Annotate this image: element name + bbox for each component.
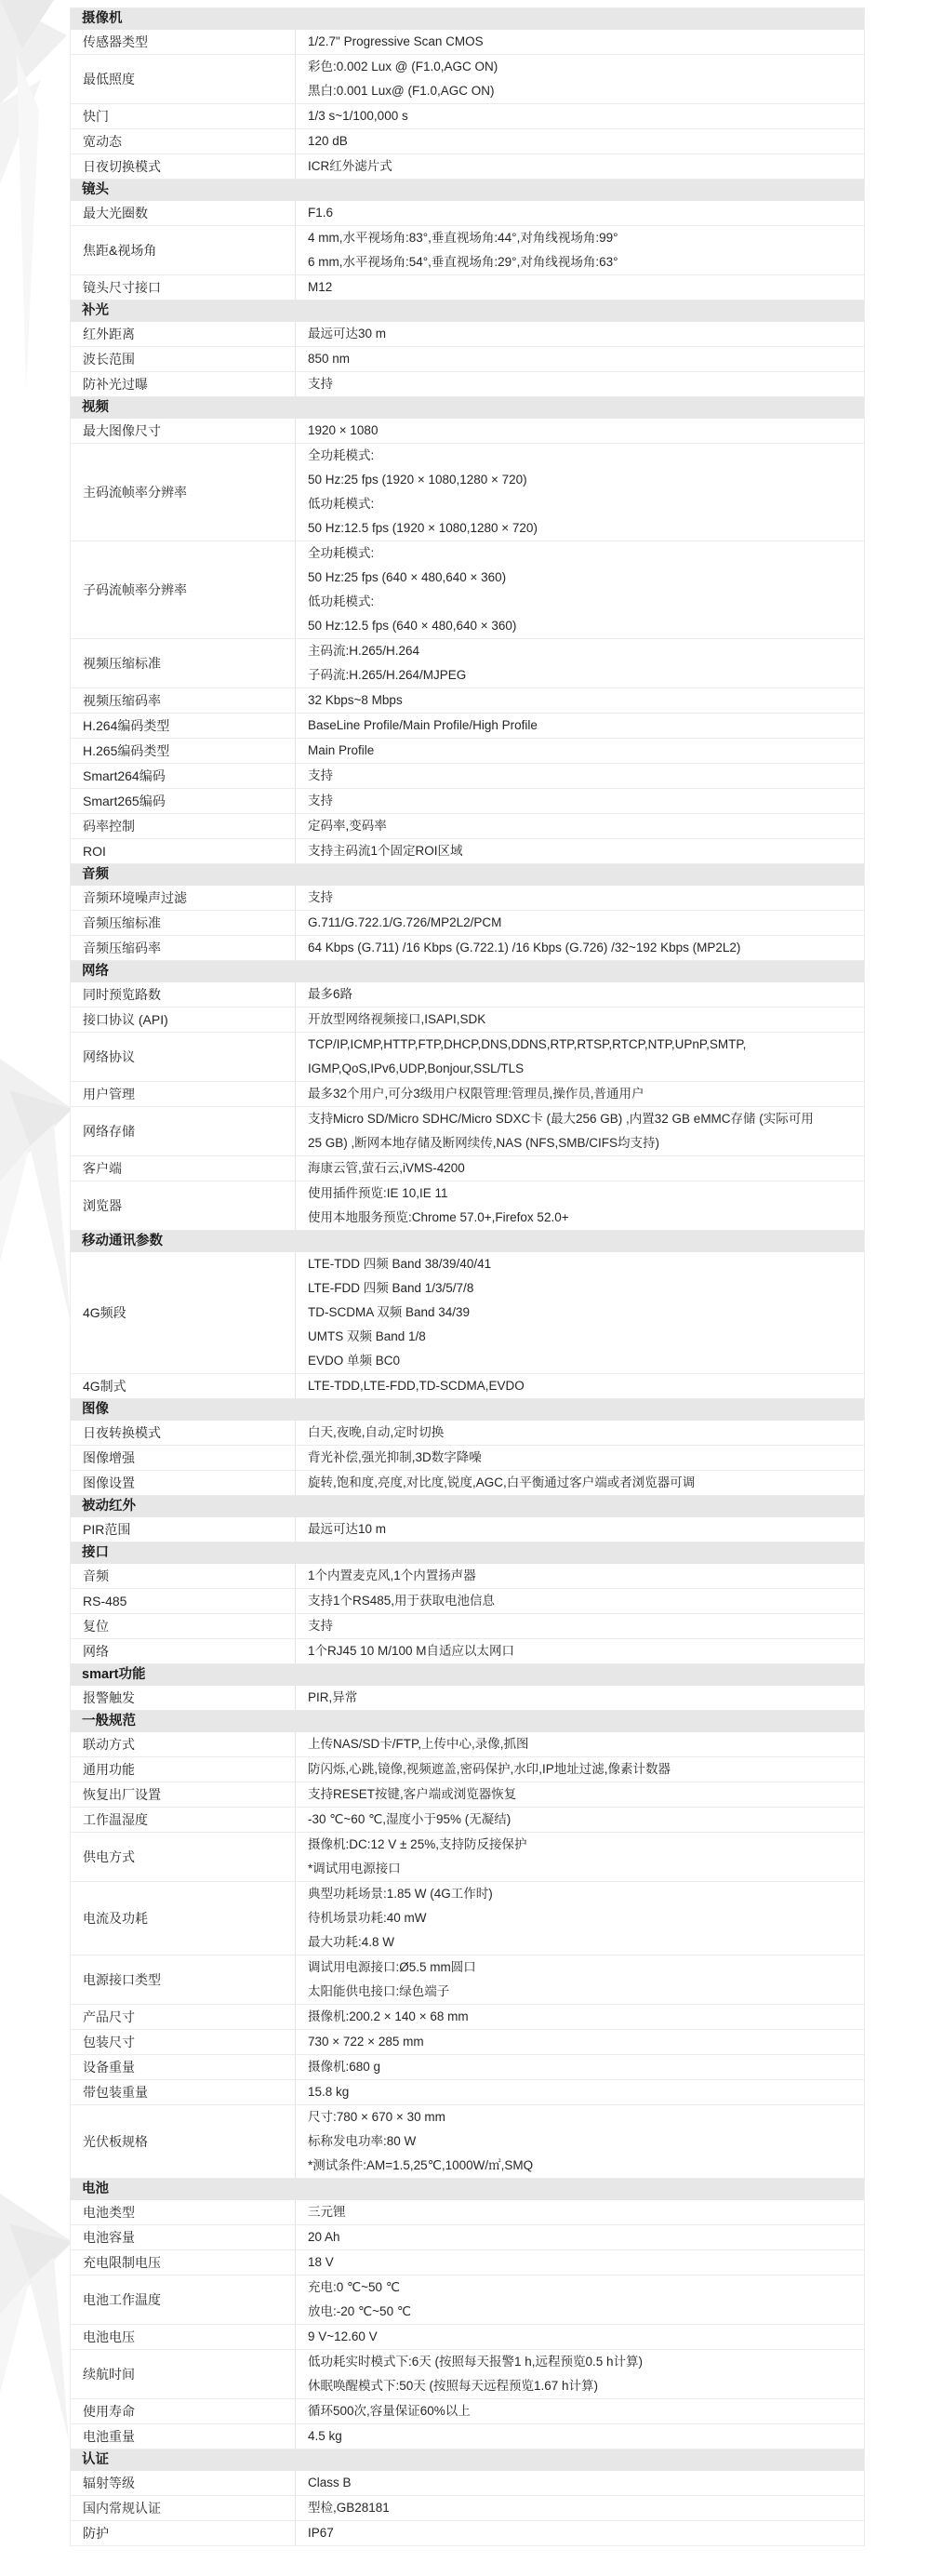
spec-value: 型检,GB28181 — [296, 2496, 864, 2520]
spec-value-line: *测试条件:AM=1.5,25℃,1000W/㎡,SMQ — [308, 2154, 852, 2178]
spec-row: 充电限制电压18 V — [71, 2250, 864, 2276]
spec-value-line: 调试用电源接口:Ø5.5 mm圆口 — [308, 1955, 852, 1980]
spec-value: 最远可达10 m — [296, 1517, 864, 1542]
spec-label: 产品尺寸 — [71, 2005, 296, 2029]
spec-label: 波长范围 — [71, 347, 296, 371]
spec-value-line: 最大功耗:4.8 W — [308, 1930, 852, 1955]
spec-label: 光伏板规格 — [71, 2105, 296, 2178]
spec-row: 码率控制定码率,变码率 — [71, 814, 864, 839]
spec-row: 辐射等级Class B — [71, 2471, 864, 2496]
spec-label: 复位 — [71, 1614, 296, 1638]
spec-value: 32 Kbps~8 Mbps — [296, 688, 864, 713]
spec-label: Smart265编码 — [71, 789, 296, 813]
spec-value: 20 Ah — [296, 2225, 864, 2249]
spec-value: 白天,夜晚,自动,定时切换 — [296, 1421, 864, 1445]
spec-value: Main Profile — [296, 739, 864, 763]
spec-sheet-page: { "page": { "background_color": "#ffffff… — [0, 0, 930, 2576]
spec-row: 红外距离最远可达30 m — [71, 322, 864, 347]
spec-label: 图像设置 — [71, 1471, 296, 1495]
spec-value-line: 型检,GB28181 — [308, 2496, 852, 2520]
spec-label: 电池重量 — [71, 2424, 296, 2449]
spec-value: M12 — [296, 275, 864, 300]
spec-value-line: 最远可达30 m — [308, 322, 852, 346]
spec-value: 1/3 s~1/100,000 s — [296, 104, 864, 128]
spec-value: LTE-TDD,LTE-FDD,TD-SCDMA,EVDO — [296, 1374, 864, 1398]
spec-label: 电池容量 — [71, 2225, 296, 2249]
spec-value-line: TCP/IP,ICMP,HTTP,FTP,DHCP,DNS,DDNS,RTP,R… — [308, 1033, 852, 1057]
spec-value-line: IP67 — [308, 2521, 852, 2545]
spec-label: 客户端 — [71, 1156, 296, 1181]
section-header: 摄像机 — [71, 8, 864, 30]
spec-value-line: 低功耗实时模式下:6天 (按照每天报警1 h,远程预览0.5 h计算) — [308, 2350, 852, 2374]
spec-value: 850 nm — [296, 347, 864, 371]
spec-label: 音频压缩标准 — [71, 911, 296, 935]
spec-value-line: BaseLine Profile/Main Profile/High Profi… — [308, 714, 852, 738]
spec-value: 充电:0 ℃~50 ℃放电:-20 ℃~50 ℃ — [296, 2276, 864, 2324]
spec-row: 宽动态120 dB — [71, 129, 864, 154]
spec-label: 防补光过曝 — [71, 372, 296, 396]
watermark-facet-bottom-icon — [0, 2188, 74, 2449]
spec-value-line: 50 Hz:25 fps (1920 × 1080,1280 × 720) — [308, 468, 852, 492]
spec-row: 恢复出厂设置支持RESET按键,客户端或浏览器恢复 — [71, 1782, 864, 1808]
spec-label: 音频压缩码率 — [71, 936, 296, 960]
spec-label: 国内常规认证 — [71, 2496, 296, 2520]
spec-row: 音频1个内置麦克风,1个内置扬声器 — [71, 1564, 864, 1589]
spec-label: 电池类型 — [71, 2200, 296, 2224]
spec-label: 4G频段 — [71, 1252, 296, 1373]
spec-value: 循环500次,容量保证60%以上 — [296, 2399, 864, 2423]
spec-value-line: 6 mm,水平视场角:54°,垂直视场角:29°,对角线视场角:63° — [308, 250, 852, 274]
spec-label: 焦距&视场角 — [71, 226, 296, 274]
spec-value-line: LTE-TDD,LTE-FDD,TD-SCDMA,EVDO — [308, 1374, 852, 1398]
spec-row: 音频压缩码率64 Kbps (G.711) /16 Kbps (G.722.1)… — [71, 936, 864, 961]
section-header: 被动红外 — [71, 1496, 864, 1517]
spec-value: 使用插件预览:IE 10,IE 11使用本地服务预览:Chrome 57.0+,… — [296, 1181, 864, 1230]
spec-value: 背光补偿,强光抑制,3D数字降噪 — [296, 1446, 864, 1470]
spec-row: 复位支持 — [71, 1614, 864, 1639]
spec-value: 定码率,变码率 — [296, 814, 864, 838]
spec-label: ROI — [71, 839, 296, 863]
spec-value-line: 支持RESET按键,客户端或浏览器恢复 — [308, 1782, 852, 1807]
spec-value: 支持Micro SD/Micro SDHC/Micro SDXC卡 (最大256… — [296, 1107, 864, 1155]
spec-row: 日夜切换模式ICR红外滤片式 — [71, 154, 864, 180]
spec-value-line: 支持 — [308, 789, 852, 813]
spec-row: Smart265编码支持 — [71, 789, 864, 814]
spec-row: 包装尺寸730 × 722 × 285 mm — [71, 2030, 864, 2055]
spec-value: PIR,异常 — [296, 1686, 864, 1710]
spec-row: 用户管理最多32个用户,可分3级用户权限管理:管理员,操作员,普通用户 — [71, 1082, 864, 1107]
spec-row: 子码流帧率分辨率全功耗模式:50 Hz:25 fps (640 × 480,64… — [71, 541, 864, 639]
spec-row: 电流及功耗典型功耗场景:1.85 W (4G工作时)待机场景功耗:40 mW最大… — [71, 1882, 864, 1955]
spec-row: 图像增强背光补偿,强光抑制,3D数字降噪 — [71, 1446, 864, 1471]
spec-value-line: 尺寸:780 × 670 × 30 mm — [308, 2105, 852, 2129]
spec-value-line: 低功耗模式: — [308, 492, 852, 516]
spec-value-line: LTE-TDD 四频 Band 38/39/40/41 — [308, 1252, 852, 1276]
spec-value: 15.8 kg — [296, 2080, 864, 2104]
spec-value-line: PIR,异常 — [308, 1686, 852, 1710]
spec-value: 彩色:0.002 Lux @ (F1.0,AGC ON)黑白:0.001 Lux… — [296, 55, 864, 103]
watermark-facet-top-icon — [0, 0, 74, 400]
spec-label: 接口协议 (API) — [71, 1008, 296, 1032]
spec-value-line: 730 × 722 × 285 mm — [308, 2030, 852, 2054]
spec-row: 电池容量20 Ah — [71, 2225, 864, 2250]
spec-value: 低功耗实时模式下:6天 (按照每天报警1 h,远程预览0.5 h计算)休眠唤醒模… — [296, 2350, 864, 2398]
spec-label: 视频压缩码率 — [71, 688, 296, 713]
section-header: 一般规范 — [71, 1711, 864, 1732]
spec-row: 设备重量摄像机:680 g — [71, 2055, 864, 2080]
spec-value-line: G.711/G.722.1/G.726/MP2L2/PCM — [308, 911, 852, 935]
spec-value-line: 旋转,饱和度,亮度,对比度,锐度,AGC,白平衡通过客户端或者浏览器可调 — [308, 1471, 852, 1495]
section-header: 视频 — [71, 397, 864, 419]
spec-label: 联动方式 — [71, 1732, 296, 1756]
spec-row: 传感器类型1/2.7" Progressive Scan CMOS — [71, 30, 864, 55]
spec-row: 接口协议 (API)开放型网络视频接口,ISAPI,SDK — [71, 1008, 864, 1033]
spec-value: 开放型网络视频接口,ISAPI,SDK — [296, 1008, 864, 1032]
spec-row: RS-485支持1个RS485,用于获取电池信息 — [71, 1589, 864, 1614]
spec-label: 通用功能 — [71, 1757, 296, 1782]
spec-row: 带包装重量15.8 kg — [71, 2080, 864, 2105]
spec-label: 图像增强 — [71, 1446, 296, 1470]
spec-value: 调试用电源接口:Ø5.5 mm圆口太阳能供电接口:绿色端子 — [296, 1955, 864, 2004]
section-header: 镜头 — [71, 180, 864, 201]
spec-value: 上传NAS/SD卡/FTP,上传中心,录像,抓图 — [296, 1732, 864, 1756]
spec-value-line: 支持 — [308, 764, 852, 788]
spec-value-line: *调试用电源接口 — [308, 1857, 852, 1881]
spec-value: 摄像机:200.2 × 140 × 68 mm — [296, 2005, 864, 2029]
spec-value: 1个内置麦克风,1个内置扬声器 — [296, 1564, 864, 1588]
spec-row: 音频环境噪声过滤支持 — [71, 886, 864, 911]
spec-value-line: 全功耗模式: — [308, 444, 852, 468]
spec-label: 网络 — [71, 1639, 296, 1663]
spec-label: 带包装重量 — [71, 2080, 296, 2104]
spec-value: TCP/IP,ICMP,HTTP,FTP,DHCP,DNS,DDNS,RTP,R… — [296, 1033, 864, 1081]
spec-value-line: 典型功耗场景:1.85 W (4G工作时) — [308, 1882, 852, 1906]
spec-value: 支持 — [296, 886, 864, 910]
spec-row: 工作温湿度-30 ℃~60 ℃,湿度小于95% (无凝结) — [71, 1808, 864, 1833]
spec-value: IP67 — [296, 2521, 864, 2545]
spec-value: 海康云管,萤石云,iVMS-4200 — [296, 1156, 864, 1181]
spec-value-line: 50 Hz:12.5 fps (1920 × 1080,1280 × 720) — [308, 516, 852, 541]
spec-value-line: 全功耗模式: — [308, 541, 852, 566]
spec-label: 工作温湿度 — [71, 1808, 296, 1832]
spec-label: 续航时间 — [71, 2350, 296, 2398]
section-header: 接口 — [71, 1542, 864, 1564]
spec-value: 摄像机:DC:12 V ± 25%,支持防反接保护*调试用电源接口 — [296, 1833, 864, 1881]
spec-value-line: 支持Micro SD/Micro SDHC/Micro SDXC卡 (最大256… — [308, 1107, 852, 1131]
spec-value-line: 三元锂 — [308, 2200, 852, 2224]
spec-value: 最多32个用户,可分3级用户权限管理:管理员,操作员,普通用户 — [296, 1082, 864, 1106]
spec-label: 电池工作温度 — [71, 2276, 296, 2324]
spec-value-line: TD-SCDMA 双频 Band 34/39 — [308, 1301, 852, 1325]
spec-label: 浏览器 — [71, 1181, 296, 1230]
spec-value: 摄像机:680 g — [296, 2055, 864, 2079]
spec-row: 镜头尺寸接口M12 — [71, 275, 864, 300]
spec-label: 使用寿命 — [71, 2399, 296, 2423]
spec-row: 光伏板规格尺寸:780 × 670 × 30 mm标称发电功率:80 W*测试条… — [71, 2105, 864, 2179]
spec-value: 支持主码流1个固定ROI区域 — [296, 839, 864, 863]
spec-value-line: 放电:-20 ℃~50 ℃ — [308, 2300, 852, 2324]
section-header: 补光 — [71, 300, 864, 322]
spec-value-line: F1.6 — [308, 201, 852, 225]
spec-value-line: 50 Hz:25 fps (640 × 480,640 × 360) — [308, 566, 852, 590]
spec-value-line: 太阳能供电接口:绿色端子 — [308, 1980, 852, 2004]
spec-row: 通用功能防闪烁,心跳,镜像,视频遮盖,密码保护,水印,IP地址过滤,像素计数器 — [71, 1757, 864, 1782]
spec-row: 使用寿命循环500次,容量保证60%以上 — [71, 2399, 864, 2424]
spec-row: 最大图像尺寸1920 × 1080 — [71, 419, 864, 444]
spec-row: 同时预览路数最多6路 — [71, 982, 864, 1008]
spec-row: 电池重量4.5 kg — [71, 2424, 864, 2449]
spec-value: 典型功耗场景:1.85 W (4G工作时)待机场景功耗:40 mW最大功耗:4.… — [296, 1882, 864, 1955]
spec-value: 防闪烁,心跳,镜像,视频遮盖,密码保护,水印,IP地址过滤,像素计数器 — [296, 1757, 864, 1782]
spec-value-line: ICR红外滤片式 — [308, 154, 852, 179]
spec-value-line: 开放型网络视频接口,ISAPI,SDK — [308, 1008, 852, 1032]
spec-value-line: 摄像机:200.2 × 140 × 68 mm — [308, 2005, 852, 2029]
spec-row: 续航时间低功耗实时模式下:6天 (按照每天报警1 h,远程预览0.5 h计算)休… — [71, 2350, 864, 2399]
spec-value: F1.6 — [296, 201, 864, 225]
spec-value-line: 低功耗模式: — [308, 590, 852, 614]
spec-row: 4G制式LTE-TDD,LTE-FDD,TD-SCDMA,EVDO — [71, 1374, 864, 1399]
spec-row: 网络协议TCP/IP,ICMP,HTTP,FTP,DHCP,DNS,DDNS,R… — [71, 1033, 864, 1082]
spec-value-line: 海康云管,萤石云,iVMS-4200 — [308, 1156, 852, 1181]
spec-value-line: 50 Hz:12.5 fps (640 × 480,640 × 360) — [308, 614, 852, 638]
spec-label: 电池电压 — [71, 2325, 296, 2349]
spec-value-line: 最远可达10 m — [308, 1517, 852, 1542]
spec-value-line: 850 nm — [308, 347, 852, 371]
spec-label: 子码流帧率分辨率 — [71, 541, 296, 638]
spec-label: 电源接口类型 — [71, 1955, 296, 2004]
spec-value-line: 定码率,变码率 — [308, 814, 852, 838]
spec-label: 供电方式 — [71, 1833, 296, 1881]
spec-label: 宽动态 — [71, 129, 296, 153]
spec-label: PIR范围 — [71, 1517, 296, 1542]
spec-label: H.265编码类型 — [71, 739, 296, 763]
spec-label: 网络协议 — [71, 1033, 296, 1081]
spec-label: 电流及功耗 — [71, 1882, 296, 1955]
spec-value: 支持RESET按键,客户端或浏览器恢复 — [296, 1782, 864, 1807]
spec-label: 4G制式 — [71, 1374, 296, 1398]
spec-value-line: 白天,夜晚,自动,定时切换 — [308, 1421, 852, 1445]
spec-label: 码率控制 — [71, 814, 296, 838]
spec-value: G.711/G.722.1/G.726/MP2L2/PCM — [296, 911, 864, 935]
spec-value: 1个RJ45 10 M/100 M自适应以太网口 — [296, 1639, 864, 1663]
spec-value: 全功耗模式:50 Hz:25 fps (640 × 480,640 × 360)… — [296, 541, 864, 638]
spec-row: 防补光过曝支持 — [71, 372, 864, 397]
spec-value-line: 4.5 kg — [308, 2424, 852, 2449]
spec-label: 音频 — [71, 1564, 296, 1588]
spec-value: 64 Kbps (G.711) /16 Kbps (G.722.1) /16 K… — [296, 936, 864, 960]
spec-value-line: 循环500次,容量保证60%以上 — [308, 2399, 852, 2423]
spec-row: 波长范围850 nm — [71, 347, 864, 372]
spec-value: 三元锂 — [296, 2200, 864, 2224]
spec-row: 电池工作温度充电:0 ℃~50 ℃放电:-20 ℃~50 ℃ — [71, 2276, 864, 2325]
spec-row: 防护IP67 — [71, 2521, 864, 2545]
spec-value-line: 黑白:0.001 Lux@ (F1.0,AGC ON) — [308, 79, 852, 103]
spec-value: BaseLine Profile/Main Profile/High Profi… — [296, 714, 864, 738]
spec-value: 120 dB — [296, 129, 864, 153]
spec-row: H.265编码类型Main Profile — [71, 739, 864, 764]
spec-value-line: 支持主码流1个固定ROI区域 — [308, 839, 852, 863]
spec-value-line: Main Profile — [308, 739, 852, 763]
spec-value-line: 4 mm,水平视场角:83°,垂直视场角:44°,对角线视场角:99° — [308, 226, 852, 250]
spec-row: 快门1/3 s~1/100,000 s — [71, 104, 864, 129]
watermark-facet-middle-icon — [0, 1051, 74, 1330]
spec-row: 联动方式上传NAS/SD卡/FTP,上传中心,录像,抓图 — [71, 1732, 864, 1757]
spec-row: H.264编码类型BaseLine Profile/Main Profile/H… — [71, 714, 864, 739]
spec-value-line: 待机场景功耗:40 mW — [308, 1906, 852, 1930]
spec-row: 主码流帧率分辨率全功耗模式:50 Hz:25 fps (1920 × 1080,… — [71, 444, 864, 541]
spec-value: 旋转,饱和度,亮度,对比度,锐度,AGC,白平衡通过客户端或者浏览器可调 — [296, 1471, 864, 1495]
spec-label: 日夜转换模式 — [71, 1421, 296, 1445]
spec-value-line: 子码流:H.265/H.264/MJPEG — [308, 663, 852, 687]
spec-value-line: 120 dB — [308, 129, 852, 153]
spec-value-line: 上传NAS/SD卡/FTP,上传中心,录像,抓图 — [308, 1732, 852, 1756]
spec-value-line: IGMP,QoS,IPv6,UDP,Bonjour,SSL/TLS — [308, 1057, 852, 1081]
spec-label: 日夜切换模式 — [71, 154, 296, 179]
spec-value-line: 9 V~12.60 V — [308, 2325, 852, 2349]
spec-row: 产品尺寸摄像机:200.2 × 140 × 68 mm — [71, 2005, 864, 2030]
spec-value-line: Class B — [308, 2471, 852, 2495]
section-header: 移动通讯参数 — [71, 1231, 864, 1252]
spec-value-line: 1/3 s~1/100,000 s — [308, 104, 852, 128]
spec-row: Smart264编码支持 — [71, 764, 864, 789]
spec-value-line: 最多6路 — [308, 982, 852, 1007]
spec-row: 最低照度彩色:0.002 Lux @ (F1.0,AGC ON)黑白:0.001… — [71, 55, 864, 104]
spec-row: ROI支持主码流1个固定ROI区域 — [71, 839, 864, 864]
spec-row: 音频压缩标准G.711/G.722.1/G.726/MP2L2/PCM — [71, 911, 864, 936]
spec-value-line: 15.8 kg — [308, 2080, 852, 2104]
spec-value: 主码流:H.265/H.264子码流:H.265/H.264/MJPEG — [296, 639, 864, 687]
spec-value-line: 使用本地服务预览:Chrome 57.0+,Firefox 52.0+ — [308, 1206, 852, 1230]
spec-value: LTE-TDD 四频 Band 38/39/40/41LTE-FDD 四频 Ba… — [296, 1252, 864, 1373]
spec-value-line: UMTS 双频 Band 1/8 — [308, 1325, 852, 1349]
spec-label: 网络存储 — [71, 1107, 296, 1155]
spec-row: 4G频段LTE-TDD 四频 Band 38/39/40/41LTE-FDD 四… — [71, 1252, 864, 1374]
spec-row: 最大光圈数F1.6 — [71, 201, 864, 226]
spec-value-line: 摄像机:DC:12 V ± 25%,支持防反接保护 — [308, 1833, 852, 1857]
spec-label: 最大光圈数 — [71, 201, 296, 225]
spec-row: 客户端海康云管,萤石云,iVMS-4200 — [71, 1156, 864, 1181]
spec-row: 日夜转换模式白天,夜晚,自动,定时切换 — [71, 1421, 864, 1446]
spec-value-line: -30 ℃~60 ℃,湿度小于95% (无凝结) — [308, 1808, 852, 1832]
spec-value-line: 最多32个用户,可分3级用户权限管理:管理员,操作员,普通用户 — [308, 1082, 852, 1106]
spec-label: RS-485 — [71, 1589, 296, 1613]
spec-value: 支持1个RS485,用于获取电池信息 — [296, 1589, 864, 1613]
spec-value-line: 防闪烁,心跳,镜像,视频遮盖,密码保护,水印,IP地址过滤,像素计数器 — [308, 1757, 852, 1782]
spec-value-line: 彩色:0.002 Lux @ (F1.0,AGC ON) — [308, 55, 852, 79]
spec-label: 视频压缩标准 — [71, 639, 296, 687]
spec-label: 红外距离 — [71, 322, 296, 346]
section-header: 认证 — [71, 2449, 864, 2471]
spec-label: 设备重量 — [71, 2055, 296, 2079]
spec-value-line: M12 — [308, 275, 852, 300]
spec-row: 浏览器使用插件预览:IE 10,IE 11使用本地服务预览:Chrome 57.… — [71, 1181, 864, 1231]
spec-value: 支持 — [296, 764, 864, 788]
spec-value-line: 支持1个RS485,用于获取电池信息 — [308, 1589, 852, 1613]
spec-row: 图像设置旋转,饱和度,亮度,对比度,锐度,AGC,白平衡通过客户端或者浏览器可调 — [71, 1471, 864, 1496]
spec-value: 1/2.7" Progressive Scan CMOS — [296, 30, 864, 54]
spec-value: 最远可达30 m — [296, 322, 864, 346]
spec-label: 主码流帧率分辨率 — [71, 444, 296, 541]
spec-label: 恢复出厂设置 — [71, 1782, 296, 1807]
spec-label: 同时预览路数 — [71, 982, 296, 1007]
spec-label: 充电限制电压 — [71, 2250, 296, 2275]
spec-label: 辐射等级 — [71, 2471, 296, 2495]
spec-value: 1920 × 1080 — [296, 419, 864, 443]
spec-value: 支持 — [296, 372, 864, 396]
spec-label: H.264编码类型 — [71, 714, 296, 738]
spec-value: 最多6路 — [296, 982, 864, 1007]
spec-row: 电源接口类型调试用电源接口:Ø5.5 mm圆口太阳能供电接口:绿色端子 — [71, 1955, 864, 2005]
spec-value: ICR红外滤片式 — [296, 154, 864, 179]
section-header: 网络 — [71, 961, 864, 982]
spec-value: 全功耗模式:50 Hz:25 fps (1920 × 1080,1280 × 7… — [296, 444, 864, 541]
spec-value-line: 64 Kbps (G.711) /16 Kbps (G.722.1) /16 K… — [308, 936, 852, 960]
spec-value-line: 32 Kbps~8 Mbps — [308, 688, 852, 713]
spec-row: PIR范围最远可达10 m — [71, 1517, 864, 1542]
spec-label: 最低照度 — [71, 55, 296, 103]
spec-label: 最大图像尺寸 — [71, 419, 296, 443]
spec-value: 9 V~12.60 V — [296, 2325, 864, 2349]
spec-value-line: EVDO 单频 BC0 — [308, 1349, 852, 1373]
spec-row: 电池类型三元锂 — [71, 2200, 864, 2225]
spec-label: 快门 — [71, 104, 296, 128]
spec-value-line: 18 V — [308, 2250, 852, 2275]
spec-value-line: 标称发电功率:80 W — [308, 2129, 852, 2154]
spec-value: 4.5 kg — [296, 2424, 864, 2449]
spec-value: 尺寸:780 × 670 × 30 mm标称发电功率:80 W*测试条件:AM=… — [296, 2105, 864, 2178]
spec-row: 报警触发PIR,异常 — [71, 1686, 864, 1711]
section-header: 图像 — [71, 1399, 864, 1421]
spec-row: 网络1个RJ45 10 M/100 M自适应以太网口 — [71, 1639, 864, 1664]
spec-value-line: 使用插件预览:IE 10,IE 11 — [308, 1181, 852, 1206]
spec-value-line: 1/2.7" Progressive Scan CMOS — [308, 30, 852, 54]
spec-row: 网络存储支持Micro SD/Micro SDHC/Micro SDXC卡 (最… — [71, 1107, 864, 1156]
spec-value: 18 V — [296, 2250, 864, 2275]
spec-row: 供电方式摄像机:DC:12 V ± 25%,支持防反接保护*调试用电源接口 — [71, 1833, 864, 1882]
spec-value-line: 1个内置麦克风,1个内置扬声器 — [308, 1564, 852, 1588]
spec-label: 音频环境噪声过滤 — [71, 886, 296, 910]
spec-value-line: 背光补偿,强光抑制,3D数字降噪 — [308, 1446, 852, 1470]
section-header: 音频 — [71, 864, 864, 886]
spec-label: 用户管理 — [71, 1082, 296, 1106]
spec-value-line: 25 GB) ,断网本地存储及断网续传,NAS (NFS,SMB/CIFS均支持… — [308, 1131, 852, 1155]
section-header: 电池 — [71, 2179, 864, 2200]
spec-value: 支持 — [296, 789, 864, 813]
spec-label: 防护 — [71, 2521, 296, 2545]
spec-value-line: LTE-FDD 四频 Band 1/3/5/7/8 — [308, 1276, 852, 1301]
spec-value: 4 mm,水平视场角:83°,垂直视场角:44°,对角线视场角:99°6 mm,… — [296, 226, 864, 274]
spec-value-line: 1920 × 1080 — [308, 419, 852, 443]
spec-value: 支持 — [296, 1614, 864, 1638]
spec-value: Class B — [296, 2471, 864, 2495]
spec-value-line: 20 Ah — [308, 2225, 852, 2249]
spec-label: 报警触发 — [71, 1686, 296, 1710]
spec-row: 焦距&视场角4 mm,水平视场角:83°,垂直视场角:44°,对角线视场角:99… — [71, 226, 864, 275]
spec-value: -30 ℃~60 ℃,湿度小于95% (无凝结) — [296, 1808, 864, 1832]
spec-label: Smart264编码 — [71, 764, 296, 788]
spec-value-line: 支持 — [308, 372, 852, 396]
spec-value-line: 充电:0 ℃~50 ℃ — [308, 2276, 852, 2300]
spec-row: 视频压缩标准主码流:H.265/H.264子码流:H.265/H.264/MJP… — [71, 639, 864, 688]
spec-value-line: 摄像机:680 g — [308, 2055, 852, 2079]
spec-value-line: 休眠唤醒模式下:50天 (按照每天远程预览1.67 h计算) — [308, 2374, 852, 2398]
spec-label: 包装尺寸 — [71, 2030, 296, 2054]
spec-label: 传感器类型 — [71, 30, 296, 54]
spec-row: 电池电压9 V~12.60 V — [71, 2325, 864, 2350]
spec-table: 摄像机传感器类型1/2.7" Progressive Scan CMOS最低照度… — [70, 7, 865, 2546]
spec-value-line: 主码流:H.265/H.264 — [308, 639, 852, 663]
section-header: smart功能 — [71, 1664, 864, 1686]
